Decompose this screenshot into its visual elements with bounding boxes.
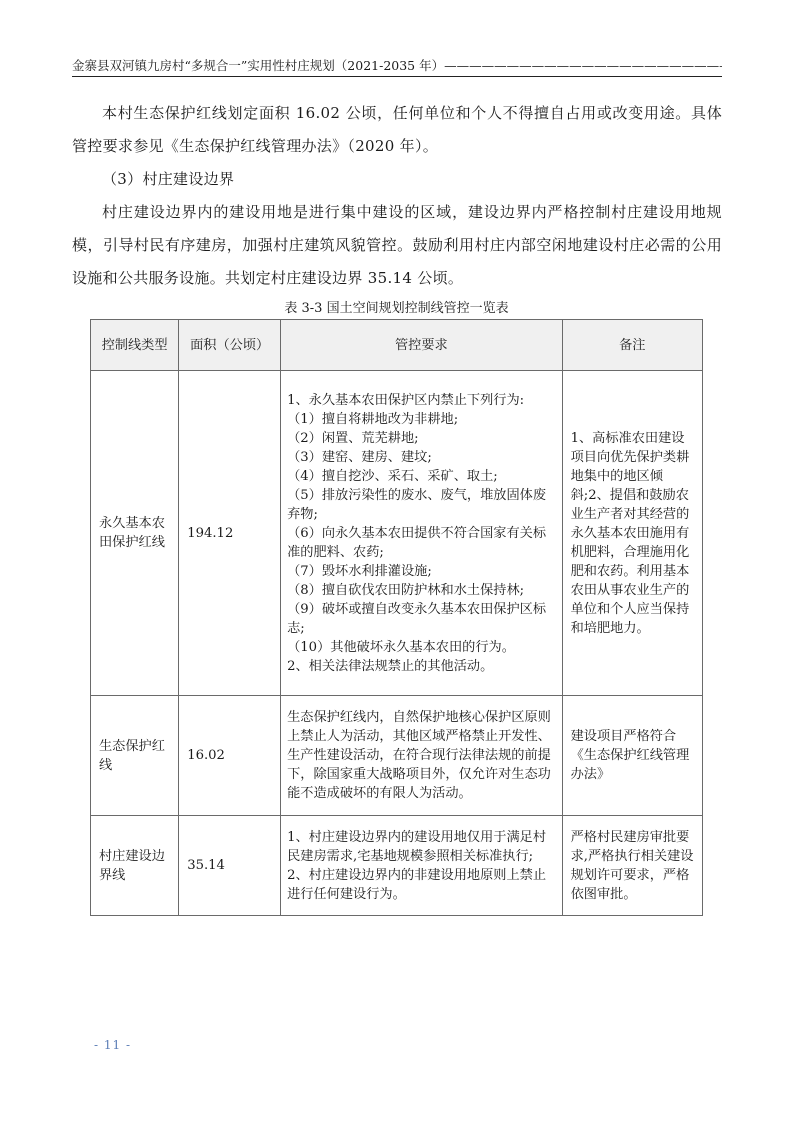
col-header-requirements: 管控要求: [281, 320, 562, 371]
cell-note: 建设项目严格符合《生态保护红线管理办法》: [562, 696, 702, 816]
requirement-line: （2）闲置、荒芜耕地;: [287, 429, 555, 448]
control-lines-table: 控制线类型 面积（公顷） 管控要求 备注 永久基本农田保护红线 194.12 1…: [90, 319, 703, 916]
requirement-line: （8）擅自砍伐农田防护林和水土保持林;: [287, 581, 555, 600]
table-header-row: 控制线类型 面积（公顷） 管控要求 备注: [91, 320, 703, 371]
requirement-line: 1、永久基本农田保护区内禁止下列行为:: [287, 391, 555, 410]
paragraph-ecological-redline: 本村生态保护红线划定面积 16.02 公顷，任何单位和个人不得擅自占用或改变用途…: [72, 97, 722, 163]
requirement-line: （9）破坏或擅自改变永久基本农田保护区标志;: [287, 600, 555, 638]
cell-requirements: 1、村庄建设边界内的建设用地仅用于满足村民建房需求,宅基地规模参照相关标准执行;…: [281, 816, 562, 916]
cell-requirements: 生态保护红线内，自然保护地核心保护区原则上禁止人为活动，其他区域严格禁止开发性、…: [281, 696, 562, 816]
table-row: 村庄建设边界线 35.14 1、村庄建设边界内的建设用地仅用于满足村民建房需求,…: [91, 816, 703, 916]
requirement-line: 生态保护红线内，自然保护地核心保护区原则上禁止人为活动，其他区域严格禁止开发性、…: [287, 708, 555, 803]
requirement-line: （3）建窑、建房、建坟;: [287, 448, 555, 467]
table-row: 生态保护红线 16.02 生态保护红线内，自然保护地核心保护区原则上禁止人为活动…: [91, 696, 703, 816]
cell-requirements: 1、永久基本农田保护区内禁止下列行为: （1）擅自将耕地改为非耕地; （2）闲置…: [281, 371, 562, 696]
running-header: 金寨县双河镇九房村“多规合一”实用性村庄规划（2021-2035 年）—————…: [72, 56, 722, 76]
cell-type: 村庄建设边界线: [91, 816, 179, 916]
requirement-line: （1）擅自将耕地改为非耕地;: [287, 410, 555, 429]
cell-area: 16.02: [179, 696, 281, 816]
col-header-area: 面积（公顷）: [179, 320, 281, 371]
header-title: 金寨县双河镇九房村“多规合一”实用性村庄规划（2021-2035 年）: [72, 58, 444, 73]
section-heading-village-boundary: （3）村庄建设边界: [72, 163, 722, 196]
header-rule: [72, 76, 722, 77]
requirement-line: （10）其他破坏永久基本农田的行为。: [287, 638, 555, 657]
cell-type: 永久基本农田保护红线: [91, 371, 179, 696]
cell-area: 194.12: [179, 371, 281, 696]
requirement-line: 2、相关法律法规禁止的其他活动。: [287, 657, 555, 676]
requirement-line: 1、村庄建设边界内的建设用地仅用于满足村民建房需求,宅基地规模参照相关标准执行;: [287, 828, 555, 866]
page-number: - 11 -: [94, 1038, 131, 1052]
requirement-line: 2、村庄建设边界内的非建设用地原则上禁止进行任何建设行为。: [287, 866, 555, 904]
table-caption: 表 3-3 国土空间规划控制线管控一览表: [90, 300, 703, 318]
requirement-line: （6）向永久基本农田提供不符合国家有关标准的肥料、农药;: [287, 524, 555, 562]
header-dashes: ——————————————————————————: [444, 58, 722, 73]
col-header-notes: 备注: [562, 320, 702, 371]
requirement-line: （5）排放污染性的废水、废气，堆放固体废弃物;: [287, 486, 555, 524]
paragraph-village-boundary: 村庄建设边界内的建设用地是进行集中建设的区域，建设边界内严格控制村庄建设用地规模…: [72, 196, 722, 295]
cell-note: 1、高标准农田建设项目向优先保护类耕地集中的地区倾斜;2、提倡和鼓励农业生产者对…: [562, 371, 702, 696]
requirement-line: （4）擅自挖沙、采石、采矿、取土;: [287, 467, 555, 486]
requirement-line: （7）毁坏水利排灌设施;: [287, 562, 555, 581]
col-header-type: 控制线类型: [91, 320, 179, 371]
cell-note: 严格村民建房审批要求,严格执行相关建设规划许可要求，严格依图审批。: [562, 816, 702, 916]
table-row: 永久基本农田保护红线 194.12 1、永久基本农田保护区内禁止下列行为: （1…: [91, 371, 703, 696]
cell-type: 生态保护红线: [91, 696, 179, 816]
cell-area: 35.14: [179, 816, 281, 916]
